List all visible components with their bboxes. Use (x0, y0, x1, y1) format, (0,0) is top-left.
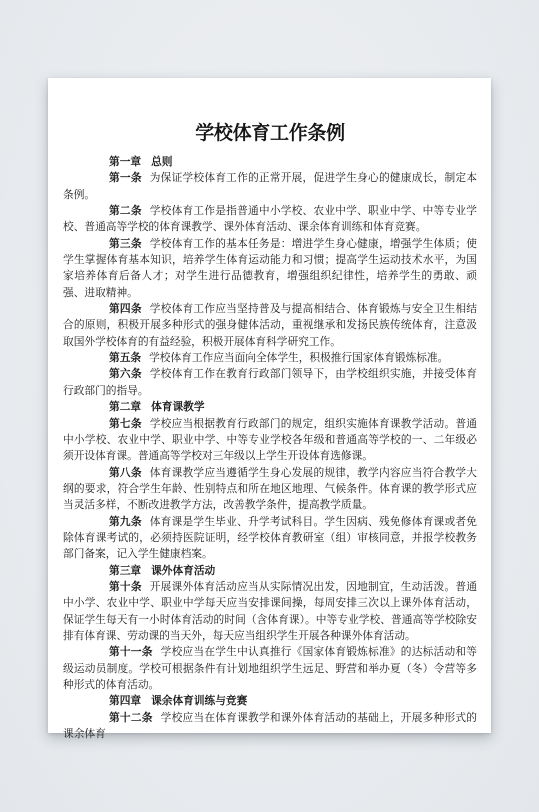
chapter-title-text: 课外体育活动 (151, 565, 215, 577)
article-paragraph: 第九条体育课是学生毕业、升学考试科目。学生因病、残免修体育课或者免除体育课考试的… (63, 514, 477, 563)
article-number: 第六条 (109, 368, 150, 380)
chapter-heading: 第二章体育课教学 (63, 399, 477, 415)
article-paragraph: 第二条学校体育工作是指普通中小学校、农业中学、职业中学、中等专业学校、普通高等学… (63, 203, 477, 236)
chapter-number: 第三章 (109, 565, 151, 577)
article-paragraph: 第十二条学校应当在体育课教学和课外体育活动的基础上，开展多种形式的课余体育 (63, 710, 477, 743)
article-paragraph: 第八条体育课教学应当遵循学生身心发展的规律，教学内容应当符合教学大纲的要求，符合… (63, 465, 477, 514)
chapter-title-text: 体育课教学 (151, 401, 204, 413)
article-number: 第九条 (109, 516, 150, 528)
chapter-heading: 第四章课余体育训练与竞赛 (63, 693, 477, 709)
article-text: 学校体育工作应当面向全体学生，积极推行国家体育锻炼标准。 (149, 352, 448, 364)
chapter-heading: 第一章总则 (63, 154, 477, 170)
article-number: 第一条 (109, 172, 150, 184)
chapter-number: 第二章 (109, 401, 151, 413)
article-paragraph: 第四条学校体育工作应当坚持普及与提高相结合、体育锻炼与安全卫生相结合的原则，积极… (63, 301, 477, 350)
document-title: 学校体育工作条例 (63, 122, 477, 146)
article-number: 第十一条 (109, 646, 161, 658)
article-number: 第十条 (109, 581, 150, 593)
chapter-heading: 第三章课外体育活动 (63, 563, 477, 579)
article-paragraph: 第十条开展课外体育活动应当从实际情况出发，因地制宜，生动活泼。普通中小学、农业中… (63, 579, 477, 644)
article-paragraph: 第十一条学校应当在学生中认真推行《国家体育锻炼标准》的达标活动和等级运动员制度。… (63, 644, 477, 693)
chapter-title-text: 总则 (151, 156, 172, 168)
article-number: 第八条 (109, 467, 150, 479)
chapter-title-text: 课余体育训练与竞赛 (151, 695, 247, 707)
article-paragraph: 第六条学校体育工作在教育行政部门领导下，由学校组织实施，并接受体育行政部门的指导… (63, 366, 477, 399)
article-paragraph: 第一条为保证学校体育工作的正常开展，促进学生身心的健康成长，制定本条例。 (63, 170, 477, 203)
article-number: 第七条 (109, 418, 150, 430)
article-paragraph: 第三条学校体育工作的基本任务是：增进学生身心健康，增强学生体质；使学生掌握体育基… (63, 236, 477, 301)
chapter-number: 第四章 (109, 695, 151, 707)
article-number: 第五条 (109, 352, 149, 364)
article-number: 第三条 (109, 238, 150, 250)
article-paragraph: 第五条学校体育工作应当面向全体学生，积极推行国家体育锻炼标准。 (63, 350, 477, 366)
chapter-number: 第一章 (109, 156, 151, 168)
article-number: 第二条 (109, 205, 150, 217)
article-number: 第十二条 (109, 712, 161, 724)
article-number: 第四条 (109, 303, 150, 315)
document-page: 学校体育工作条例 第一章总则 第一条为保证学校体育工作的正常开展，促进学生身心的… (48, 78, 491, 733)
article-paragraph: 第七条学校应当根据教育行政部门的规定，组织实施体育课教学活动。普通中小学校、农业… (63, 416, 477, 465)
